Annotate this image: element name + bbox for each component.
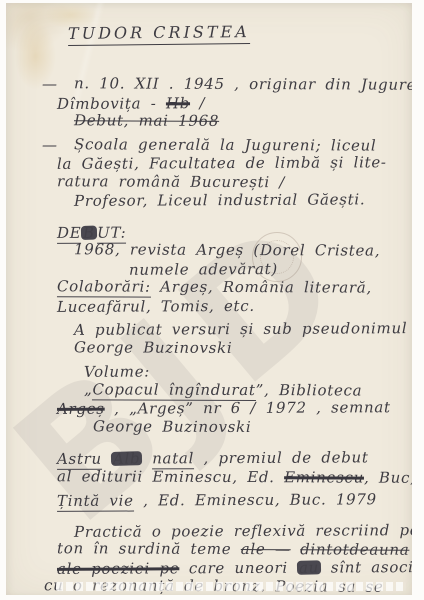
text-segment: George Buzinovski bbox=[74, 338, 232, 357]
text-segment-underline: Copacul îngîndurat bbox=[92, 380, 255, 400]
paragraph-debut: DEBUT:1968, revista Argeș (Dorel Cristea… bbox=[57, 223, 412, 316]
manuscript-line: „Copacul îngîndurat”, Biblioteca bbox=[84, 380, 412, 400]
text-segment: George Buzinovski bbox=[93, 417, 251, 436]
manuscript-line: Școala generală la Jugureni; liceul bbox=[74, 135, 412, 155]
paragraph-birth: —n. 10. XII . 1945 , originar din Jugure… bbox=[57, 75, 412, 131]
manuscript-line: la Găești, Facultatea de limbă și lite- bbox=[57, 153, 412, 173]
text-segment-blot-strike: Hb bbox=[166, 94, 190, 112]
text-segment: numele adevărat) bbox=[129, 259, 278, 278]
text-segment: 1968, revista Argeș (Dorel Cristea, bbox=[74, 240, 380, 259]
text-segment: , Buc, 1976 bbox=[364, 468, 412, 486]
paragraph-pseudonym: A publicat versuri și sub pseudonimulGeo… bbox=[57, 320, 412, 357]
text-segment-blot: Alb bbox=[111, 451, 143, 466]
manuscript-line: ale poeziei pe care uneori au sînt asoci… bbox=[57, 558, 412, 578]
text-segment: care uneori bbox=[179, 558, 297, 577]
text-segment bbox=[102, 450, 112, 468]
list-dash: — bbox=[42, 136, 58, 155]
manuscript-line: numele adevărat) bbox=[129, 259, 412, 279]
text-segment: Profesor, Liceul industrial Găești. bbox=[74, 190, 365, 210]
text-segment: sînt asociate bbox=[321, 557, 412, 576]
text-segment-strike: ale — bbox=[241, 540, 291, 558]
manuscript-line: Debut, mai 1968 bbox=[74, 111, 412, 131]
text-segment-blot-strike: ale poeziei pe bbox=[57, 559, 179, 578]
text-segment-underline: natal bbox=[152, 449, 194, 469]
text-segment: ”, Biblioteca bbox=[256, 381, 363, 399]
text-segment: Luceafărul, Tomis, etc. bbox=[57, 296, 255, 315]
bottom-watermark-strip bbox=[56, 582, 406, 591]
manuscript-line: George Buzinovski bbox=[93, 417, 412, 437]
text-segment-strike: Debut, mai 1968 bbox=[74, 111, 219, 130]
text-segment bbox=[143, 449, 153, 467]
paragraph-astru: Astru Alb natal , premiul de debutal edi… bbox=[57, 449, 412, 486]
text-segment-blot: au bbox=[297, 560, 321, 575]
paragraph-tinta: Țintă vie , Ed. Eminescu, Buc. 1979 bbox=[57, 491, 412, 510]
manuscript-line: Colaborări: Argeș, România literară, bbox=[57, 277, 412, 297]
manuscript-line: DEBUT: bbox=[57, 222, 412, 242]
scanned-document: BJD TUDOR CRISTEA —n. 10. XII . 1945 , o… bbox=[0, 0, 424, 600]
manuscript-line: ratura română București / bbox=[57, 172, 412, 192]
manuscript-line: Țintă vie , Ed. Eminescu, Buc. 1979 bbox=[57, 490, 412, 510]
text-segment-underline: Colaborări: bbox=[57, 277, 151, 297]
text-segment-blot: B bbox=[81, 225, 97, 239]
page-title: TUDOR CRISTEA bbox=[68, 22, 250, 46]
text-segment-strike: dintotdeauna bbox=[300, 540, 409, 558]
paragraph-volumes: Volume:„Copacul îngîndurat”, BibliotecaA… bbox=[57, 362, 412, 436]
text-segment: ton în surdină teme bbox=[57, 539, 241, 558]
text-segment: Dîmbovița - bbox=[57, 94, 166, 113]
text-segment: Argeș, România literară, bbox=[151, 278, 372, 297]
manuscript-line: Practică o poezie reflexivă rescriind pe… bbox=[74, 521, 412, 541]
manuscript-line: Volume: bbox=[84, 361, 412, 381]
text-segment: n. 10. XII . 1945 , originar din Juguren… bbox=[74, 74, 412, 94]
list-dash: — bbox=[42, 75, 58, 94]
text-segment: , premiul de debut bbox=[194, 448, 369, 467]
text-segment: , „Argeș” nr 6 / 1972 , semnat bbox=[105, 398, 391, 417]
text-segment: , Ed. Eminescu, Buc. 1979 bbox=[134, 490, 377, 509]
manuscript-line: 1968, revista Argeș (Dorel Cristea, bbox=[74, 240, 412, 260]
text-segment: / bbox=[190, 94, 205, 112]
text-segment: la Găești, Facultatea de limbă și lite- bbox=[57, 153, 387, 173]
manuscript-line: Dîmbovița - Hb / bbox=[57, 93, 412, 113]
manuscript-line: Argeș , „Argeș” nr 6 / 1972 , semnat bbox=[57, 398, 412, 418]
text-segment: Școala generală la Jugureni; liceul bbox=[74, 135, 376, 154]
text-segment: Volume: bbox=[84, 363, 150, 381]
manuscript-line: A publicat versuri și sub pseudonimul bbox=[74, 319, 412, 339]
manuscript-line: Astru Alb natal , premiul de debut bbox=[57, 448, 412, 468]
text-segment: A publicat versuri și sub pseudonimul bbox=[74, 319, 407, 339]
manuscript-line: Profesor, Liceul industrial Găești. bbox=[74, 190, 412, 210]
text-segment: Practică o poezie reflexivă rescriind pe… bbox=[74, 520, 412, 540]
text-segment: ratura română București / bbox=[57, 172, 285, 191]
manuscript-line: al editurii Eminescu, Ed. Eminescu, Buc,… bbox=[57, 467, 412, 487]
manuscript-line: ton în surdină teme ale — dintotdeauna bbox=[57, 539, 412, 559]
text-segment bbox=[291, 540, 301, 558]
manuscript-body: —n. 10. XII . 1945 , originar din Jugure… bbox=[57, 75, 412, 595]
text-segment-underline: Țintă vie bbox=[57, 492, 134, 512]
manuscript-line: George Buzinovski bbox=[74, 338, 412, 358]
text-segment-blot-strike: Argeș bbox=[57, 400, 105, 418]
paper-page: BJD TUDOR CRISTEA —n. 10. XII . 1945 , o… bbox=[6, 3, 412, 595]
text-segment: al editurii Eminescu, Ed. bbox=[57, 467, 284, 486]
paragraph-studies: —Școala generală la Jugureni; liceulla G… bbox=[57, 136, 412, 210]
manuscript-line: Luceafărul, Tomis, etc. bbox=[57, 296, 412, 316]
manuscript-line: n. 10. XII . 1945 , originar din Juguren… bbox=[74, 74, 412, 94]
text-segment-blot-strike: Eminescu bbox=[284, 468, 364, 486]
